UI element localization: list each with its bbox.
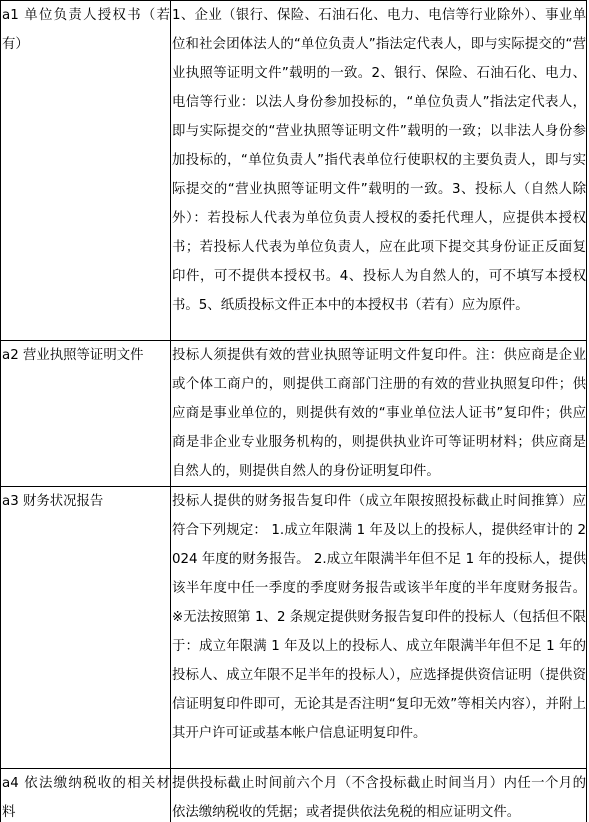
table-row: a3 财务状况报告 投标人提供的财务报告复印件（成立年限按照投标截止时间推算）应… bbox=[1, 487, 587, 769]
row-content-a3: 投标人提供的财务报告复印件（成立年限按照投标截止时间推算）应符合下列规定： 1.… bbox=[171, 487, 587, 769]
row-content-a4: 提供投标截止时间前六个月（不含投标截止时间当月）内任一个月的依法缴纳税收的凭据；… bbox=[171, 769, 587, 822]
row-label-a4: a4 依法缴纳税收的相关材料 bbox=[1, 769, 171, 822]
row-label-a3: a3 财务状况报告 bbox=[1, 487, 171, 769]
table-row: a1 单位负责人授权书（若有） 1、企业（银行、保险、石油石化、电力、电信等行业… bbox=[1, 1, 587, 341]
row-content-a1: 1、企业（银行、保险、石油石化、电力、电信等行业除外）、事业单位和社会团体法人的… bbox=[171, 1, 587, 341]
row-content-a2: 投标人须提供有效的营业执照等证明文件复印件。注：供应商是企业或个体工商户的，则提… bbox=[171, 341, 587, 487]
qualification-requirements-table: a1 单位负责人授权书（若有） 1、企业（银行、保险、石油石化、电力、电信等行业… bbox=[0, 0, 587, 822]
table-row: a4 依法缴纳税收的相关材料 提供投标截止时间前六个月（不含投标截止时间当月）内… bbox=[1, 769, 587, 822]
row-label-a2: a2 营业执照等证明文件 bbox=[1, 341, 171, 487]
table-row: a2 营业执照等证明文件 投标人须提供有效的营业执照等证明文件复印件。注：供应商… bbox=[1, 341, 587, 487]
row-label-a1: a1 单位负责人授权书（若有） bbox=[1, 1, 171, 341]
